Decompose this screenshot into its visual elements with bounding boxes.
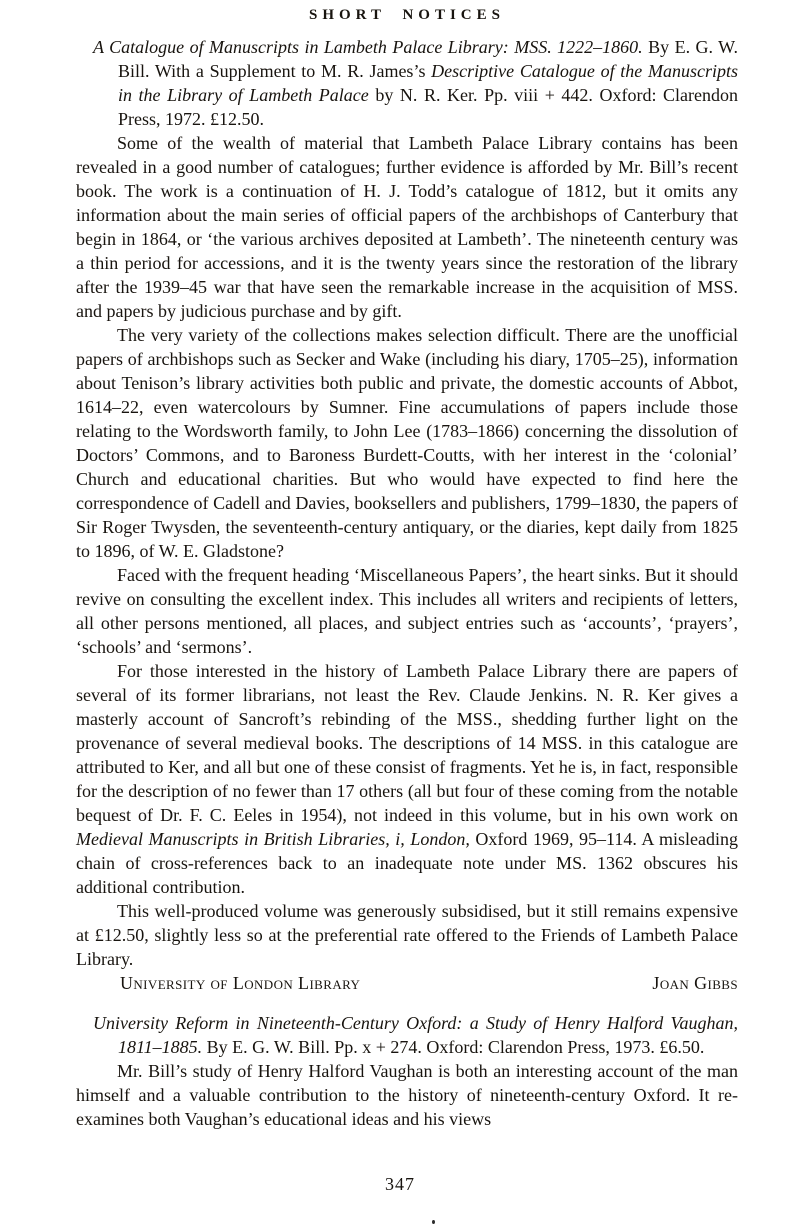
review-lambeth-catalogue: A Catalogue of Manuscripts in Lambeth Pa… [76, 35, 738, 995]
review-paragraph: For those interested in the history of L… [76, 659, 738, 899]
journal-page: SHORT NOTICES A Catalogue of Manuscripts… [0, 0, 800, 1228]
running-head: SHORT NOTICES [76, 6, 738, 24]
book-title: A Catalogue of Manuscripts in Lambeth Pa… [93, 37, 643, 57]
review-paragraph: Mr. Bill’s study of Henry Halford Vaugha… [76, 1059, 738, 1131]
reviewer-affiliation: University of London Library [120, 971, 360, 995]
review-signature: University of London Library Joan Gibbs [76, 971, 738, 995]
review-paragraph: The very variety of the collections make… [76, 323, 738, 563]
page-number: 347 [0, 1172, 800, 1196]
review-university-reform: University Reform in Nineteenth-Century … [76, 1011, 738, 1131]
review-paragraph: This well-produced volume was generously… [76, 899, 738, 971]
cited-work-title: Medieval Manuscripts in British Librarie… [76, 829, 470, 849]
reviewer-name: Joan Gibbs [652, 971, 738, 995]
paragraph-text: For those interested in the history of L… [76, 661, 738, 825]
book-citation: University Reform in Nineteenth-Century … [76, 1011, 738, 1059]
scan-artifact-dot [432, 1220, 435, 1224]
citation-imprint: By E. G. W. Bill. Pp. x + 274. Oxford: C… [202, 1037, 704, 1057]
review-paragraph: Some of the wealth of material that Lamb… [76, 131, 738, 323]
review-paragraph: Faced with the frequent heading ‘Miscell… [76, 563, 738, 659]
book-citation: A Catalogue of Manuscripts in Lambeth Pa… [76, 35, 738, 131]
